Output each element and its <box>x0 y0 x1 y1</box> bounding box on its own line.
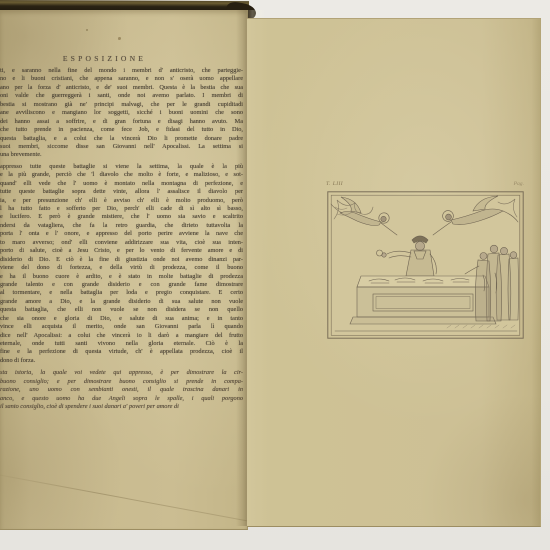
text-line: appresso tutte queste battaglie si viene… <box>0 163 243 171</box>
page-crease <box>0 474 251 522</box>
paragraph-1: ti, e saranno nella fine del mondo i mem… <box>0 67 243 160</box>
foxing-spot <box>86 29 88 31</box>
text-line: fine e la perfezione di questa virtude, … <box>0 348 243 356</box>
photo-open-antique-book: ESPOSIZIONE ti, e saranno nella fine del… <box>0 0 550 550</box>
alms-table <box>350 276 496 324</box>
text-line: ndersi da vatagliera, che fa la retro gu… <box>0 222 243 230</box>
text-line: ane avviliscono e mangiano lor soggetti,… <box>0 109 243 117</box>
paragraph-2: appresso tutte queste battaglie si viene… <box>0 163 243 366</box>
text-line: suoi membri, siccome disse san Giovanni … <box>0 143 243 151</box>
plate-number-label: T. LIII <box>326 181 343 187</box>
text-line: eternale, onde tutti santi vivono nella … <box>0 340 243 348</box>
text-line: una brevemente. <box>0 151 243 159</box>
text-line: che tutto prende in pacienza, come fece … <box>0 126 243 134</box>
text-line: anco, e questo uomo ha due Angeli sopra … <box>0 395 243 403</box>
text-line: dei hanno assai a soffrire, e di gran fo… <box>0 118 243 126</box>
text-line: grande amore a Dio, e la grande disideri… <box>0 298 243 306</box>
foxing-spot <box>118 37 121 40</box>
right-page: T. LIII Pag. <box>247 18 541 527</box>
text-line: che sia onore e gloria di Dio, e salute … <box>0 315 243 323</box>
text-line: dice nell' Apocalissi: a colui che vince… <box>0 332 243 340</box>
text-line: viene del dono di fortezza, e della virt… <box>0 264 243 272</box>
text-line: al tormentare, e nella battaglia per lod… <box>0 289 243 297</box>
text-line: to maro avverso; ond' elli conviene addi… <box>0 239 243 247</box>
text-line: questa battaglia, che elli non vuole se … <box>0 306 243 314</box>
text-line: dono di forza. <box>0 357 243 365</box>
text-line: vince elli acquista il merito, onde san … <box>0 323 243 331</box>
text-column: ESPOSIZIONE ti, e saranno nella fine del… <box>0 54 243 415</box>
text-line: porto di salute, cioè a Jesu Cristo, e p… <box>0 247 243 255</box>
text-line: sta istoria, la quale voi vedete qui app… <box>0 369 243 377</box>
text-line: bestia si mostrano già ne' principi malv… <box>0 101 243 109</box>
text-line: tutte queste battaglie sopra dette vinte… <box>0 188 243 196</box>
text-line: ti, e saranno nella fine del mondo i mem… <box>0 67 243 75</box>
engraving-angels-almsgiving <box>327 191 524 339</box>
text-line: ia, e per presunzione ch' elli è avviso … <box>0 197 243 205</box>
text-line: e la più grande, perciò che 'l diavolo c… <box>0 171 243 179</box>
page-reference-label: Pag. <box>514 181 524 187</box>
text-line: disiderio di Dio. E ciò è la fine di giu… <box>0 256 243 264</box>
text-line: no e li buoni cristiani, che appena sara… <box>0 75 243 83</box>
text-line: razione, uno uomo con sembianti onesti, … <box>0 386 243 394</box>
left-page: ESPOSIZIONE ti, e saranno nella fine del… <box>0 10 248 530</box>
text-line: porta l' onta e l' onore, e appresso del… <box>0 230 243 238</box>
page-header: ESPOSIZIONE <box>0 54 243 63</box>
plate-caption-italic: sta istoria, la quale voi vedete qui app… <box>0 369 243 411</box>
text-line: il santo consiglio, cioè di spendere i s… <box>0 403 243 411</box>
text-line: buono consiglio; e per dimostrare buono … <box>0 378 243 386</box>
engraved-plate: T. LIII Pag. <box>327 191 524 339</box>
text-line: e lucifero. E però è grande mistiere, ch… <box>0 213 243 221</box>
text-line: quand' elli vede che l' uomo è montato n… <box>0 180 243 188</box>
text-line: oni valde che guerreggerà i santi, onde … <box>0 92 243 100</box>
text-line: questa battaglia, e a colui che la vince… <box>0 135 243 143</box>
text-line: ano per la forza d' anticristo, e de' su… <box>0 84 243 92</box>
text-line: e ha il buono cuore è ardito, e è stato … <box>0 273 243 281</box>
text-line: l ha tutto fatto e sofferto per Dio, per… <box>0 205 243 213</box>
text-line: grande talento e con grande disiderio e … <box>0 281 243 289</box>
